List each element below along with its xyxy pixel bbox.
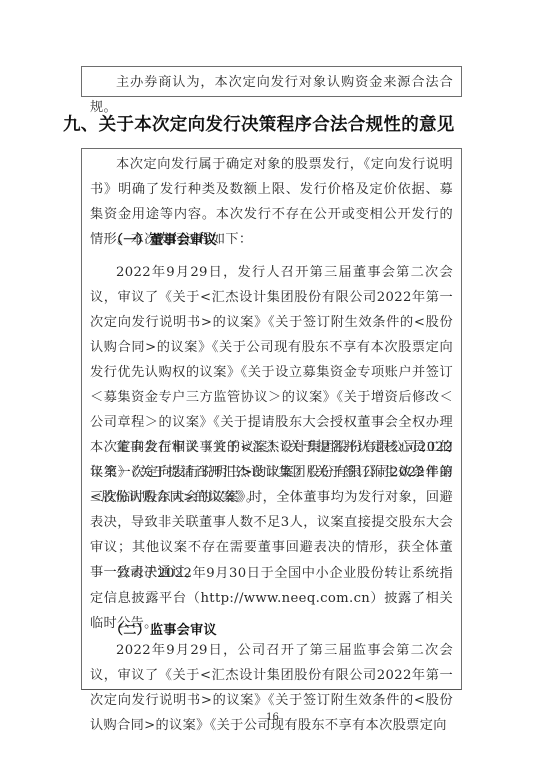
supervisory-paragraph-1: 2022年9月29日，公司召开了第三届监事会第二次会议，审议了《关于<汇杰设计集… <box>82 638 461 738</box>
opinion-box: 本次定向发行属于确定对象的股票发行，《定向发行说明书》明确了发行种类及数额上限、… <box>81 148 462 690</box>
conclusion-box: 主办券商认为，本次定向发行对象认购资金来源合法合规。 <box>81 66 462 97</box>
page-number: 16 <box>0 712 545 723</box>
subsection-title-board: （一）董事会审议 <box>82 228 461 253</box>
section-heading: 九、关于本次定向发行决策程序合法合规性的意见 <box>63 111 455 136</box>
